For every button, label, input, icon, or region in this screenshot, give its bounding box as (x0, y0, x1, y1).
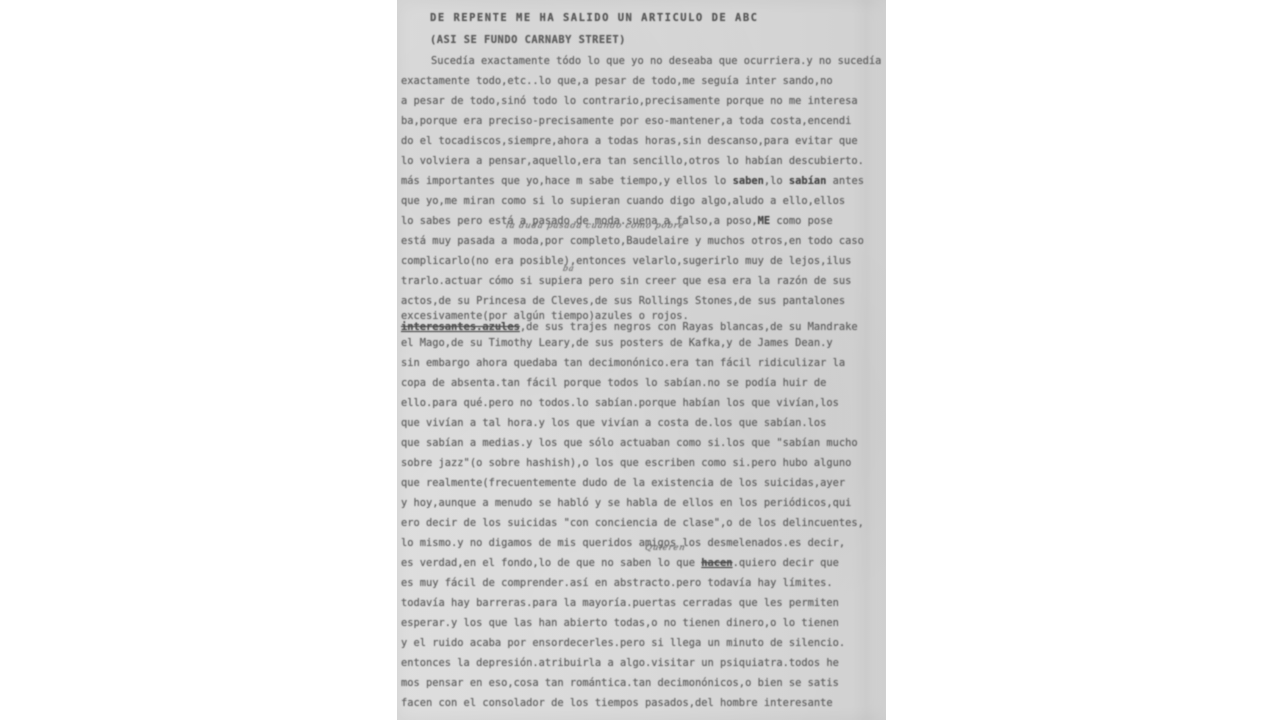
text-line: interesantes.azules,de sus trajes negros… (401, 322, 886, 333)
text-line: y el ruido acaba por ensordecerles.pero … (401, 633, 886, 653)
typed-text: ero decir de los suicidas "con concienci… (401, 517, 864, 529)
handwritten-annotation: ba (562, 264, 575, 273)
typed-text: el Mago,de su Timothy Leary,de sus poste… (401, 337, 833, 349)
typed-text: ,de sus trajes negros con Rayas blancas,… (520, 321, 858, 333)
text-line: más importantes que yo,hace m sabe tiemp… (401, 171, 886, 191)
text-line: batrarlo.actuar cómo si supiera pero sin… (401, 271, 886, 291)
text-line: actos,de su Princesa de Cleves,de sus Ro… (401, 291, 886, 311)
typed-text: está muy pasada a moda,por completo,Baud… (401, 235, 864, 247)
typed-text: lo mismo.y no digamos de mis queridos am… (401, 537, 845, 549)
text-line: que vivían a tal hora.y los que vivían a… (401, 413, 886, 433)
typed-text: ,lo (764, 175, 789, 187)
typewritten-page: DE REPENTE ME HA SALIDO UN ARTICULO DE A… (397, 0, 886, 720)
text-line: ero decir de los suicidas "con concienci… (401, 513, 886, 533)
scan-background: DE REPENTE ME HA SALIDO UN ARTICULO DE A… (0, 0, 1280, 720)
text-line: lo volviera a pensar,aquello,era tan sen… (401, 151, 886, 171)
text-line: la duda pasada cuando como pobreestá muy… (401, 231, 886, 251)
document-body: Sucedía exactamente tódo lo que yo no de… (401, 51, 886, 713)
text-line: todavía hay barreras.para la mayoría.pue… (401, 593, 886, 613)
typed-text: copa de absenta.tan fácil porque todos l… (401, 377, 826, 389)
document-subtitle: (ASI SE FUNDO CARNABY STREET) (430, 29, 886, 51)
overtyped-text: hacen (701, 557, 732, 569)
typed-text: entonces la depresión.atribuirla a algo.… (401, 657, 839, 669)
typed-text: antes (826, 175, 864, 187)
typed-text: complicarlo(no era posible),entonces vel… (401, 255, 851, 267)
overtyped-text: saben (733, 175, 764, 187)
text-line: que yo,me miran como si lo supieran cuan… (401, 191, 886, 211)
typed-text: y hoy,aunque a menudo se habló y se habl… (401, 497, 851, 509)
typed-text: Sucedía exactamente tódo lo que yo no de… (431, 55, 881, 67)
typed-text: facen con el consolador de los tiempos p… (401, 697, 833, 709)
typed-text: es muy fácil de comprender.así en abstra… (401, 577, 833, 589)
text-line: esperar.y los que las han abierto todas,… (401, 613, 886, 633)
text-line: sobre jazz"(o sobre hashish),o los que e… (401, 453, 886, 473)
typed-text: como pose (770, 215, 833, 227)
typed-text: .quiero decir que (733, 557, 839, 569)
text-line: mos pensar en eso,cosa tan romántica.tan… (401, 673, 886, 693)
text-line: facen con el consolador de los tiempos p… (401, 693, 886, 713)
typed-text: trarlo.actuar cómo si supiera pero sin c… (401, 275, 851, 287)
text-line: lo mismo.y no digamos de mis queridos am… (401, 533, 886, 553)
typed-text: exactamente todo,etc..lo que,a pesar de … (401, 75, 833, 87)
handwritten-annotation: la duda pasada cuando como pobre (505, 222, 685, 231)
typed-text: que sabían a medias.y los que sólo actua… (401, 437, 858, 449)
text-line: exactamente todo,etc..lo que,a pesar de … (401, 71, 886, 91)
text-line: ba,porque era preciso-precisamente por e… (401, 111, 886, 131)
text-line: copa de absenta.tan fácil porque todos l… (401, 373, 886, 393)
text-line: que sabían a medias.y los que sólo actua… (401, 433, 886, 453)
typed-text: todavía hay barreras.para la mayoría.pue… (401, 597, 839, 609)
text-line: ello.para qué.pero no todos.lo sabían.po… (401, 393, 886, 413)
typed-text: sobre jazz"(o sobre hashish),o los que e… (401, 457, 851, 469)
typed-text: ello.para qué.pero no todos.lo sabían.po… (401, 397, 839, 409)
document-title: DE REPENTE ME HA SALIDO UN ARTICULO DE A… (430, 7, 886, 29)
typed-text: es verdad,en el fondo,lo de que no saben… (401, 557, 701, 569)
typed-text: que vivían a tal hora.y los que vivían a… (401, 417, 826, 429)
typed-text: a pesar de todo,sinó todo lo contrario,p… (401, 95, 858, 107)
text-line: entonces la depresión.atribuirla a algo.… (401, 653, 886, 673)
overtyped-text: interesantes.azules (401, 321, 520, 333)
text-line: y hoy,aunque a menudo se habló y se habl… (401, 493, 886, 513)
text-line: el Mago,de su Timothy Leary,de sus poste… (401, 333, 886, 353)
typed-text: mos pensar en eso,cosa tan romántica.tan… (401, 677, 839, 689)
handwritten-annotation: Quieren (644, 544, 686, 553)
overtyped-text: sabían (789, 175, 827, 187)
text-line: do el tocadiscos,siempre,ahora a todas h… (401, 131, 886, 151)
text-line: Sucedía exactamente tódo lo que yo no de… (401, 51, 886, 71)
text-line: que realmente(frecuentemente dudo de la … (401, 473, 886, 493)
typed-text: y el ruido acaba por ensordecerles.pero … (401, 637, 845, 649)
text-line: a pesar de todo,sinó todo lo contrario,p… (401, 91, 886, 111)
text-line: sin embargo ahora quedaba tan decimonóni… (401, 353, 886, 373)
typed-text: lo volviera a pensar,aquello,era tan sen… (401, 155, 864, 167)
typed-text: que yo,me miran como si lo supieran cuan… (401, 195, 845, 207)
typed-text: que realmente(frecuentemente dudo de la … (401, 477, 845, 489)
typed-text: sin embargo ahora quedaba tan decimonóni… (401, 357, 845, 369)
overtyped-text: ME (758, 215, 771, 227)
typed-text: más importantes que yo,hace m sabe tiemp… (401, 175, 733, 187)
typed-text: do el tocadiscos,siempre,ahora a todas h… (401, 135, 858, 147)
text-line: complicarlo(no era posible),entonces vel… (401, 251, 886, 271)
typed-text: esperar.y los que las han abierto todas,… (401, 617, 839, 629)
text-line: Quierenes verdad,en el fondo,lo de que n… (401, 553, 886, 573)
typed-text: ba,porque era preciso-precisamente por e… (401, 115, 851, 127)
text-line: es muy fácil de comprender.así en abstra… (401, 573, 886, 593)
typed-text: actos,de su Princesa de Cleves,de sus Ro… (401, 295, 845, 307)
